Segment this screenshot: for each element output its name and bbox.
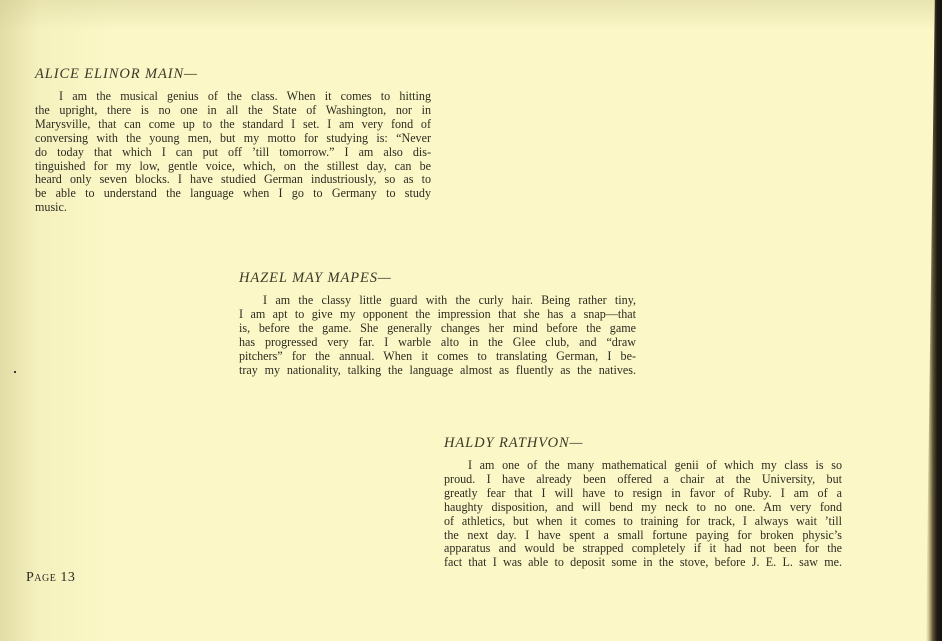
text-line: has progressed very far. I warble alto i…: [239, 336, 636, 350]
text-line: fact that I was able to deposit some in …: [444, 556, 842, 570]
entry-haldy-rathvon: HALDY RATHVON— I am one of the many math…: [444, 435, 842, 570]
text-line: tinguished for my low, gentle voice, whi…: [35, 160, 431, 174]
print-speck: [14, 371, 16, 373]
yearbook-page: ALICE ELINOR MAIN— I am the musical geni…: [0, 0, 942, 641]
text-line: heard only seven blocks. I have studied …: [35, 173, 431, 187]
entry-body: I am the classy little guard with the cu…: [239, 294, 636, 377]
text-line: I am the classy little guard with the cu…: [239, 294, 636, 308]
text-line: I am apt to give my opponent the impress…: [239, 308, 636, 322]
entry-name: HALDY RATHVON—: [444, 435, 842, 452]
text-line: greatly fear that I will have to resign …: [444, 487, 842, 501]
entry-name: HAZEL MAY MAPES—: [239, 270, 636, 287]
entry-body: I am one of the many mathematical genii …: [444, 459, 842, 570]
entry-alice-elinor-main: ALICE ELINOR MAIN— I am the musical geni…: [35, 66, 431, 215]
text-line: haughty disposition, and will bend my ne…: [444, 501, 842, 515]
text-line: Marysville, that can come up to the stan…: [35, 118, 431, 132]
text-line: be able to understand the language when …: [35, 187, 431, 201]
text-line: of athletics, but when it comes to train…: [444, 515, 842, 529]
page-edge-shadow: [926, 0, 942, 641]
text-line: do today that which I can put off ’till …: [35, 146, 431, 160]
entry-name: ALICE ELINOR MAIN—: [35, 66, 431, 83]
text-line: pitchers” for the annual. When it comes …: [239, 350, 636, 364]
text-line: is, before the game. She generally chang…: [239, 322, 636, 336]
text-line: conversing with the young men, but my mo…: [35, 132, 431, 146]
entry-body: I am the musical genius of the class. Wh…: [35, 90, 431, 215]
text-line: apparatus and would be strapped complete…: [444, 542, 842, 556]
text-line: I am one of the many mathematical genii …: [444, 459, 842, 473]
text-line: the next day. I have spent a small fortu…: [444, 529, 842, 543]
entry-hazel-may-mapes: HAZEL MAY MAPES— I am the classy little …: [239, 270, 636, 377]
text-line: music.: [35, 201, 431, 215]
page-number: Page 13: [26, 570, 75, 586]
text-line: I am the musical genius of the class. Wh…: [35, 90, 431, 104]
text-line: the upright, there is no one in all the …: [35, 104, 431, 118]
text-line: proud. I have already been offered a cha…: [444, 473, 842, 487]
text-line: tray my nationality, talking the languag…: [239, 364, 636, 378]
